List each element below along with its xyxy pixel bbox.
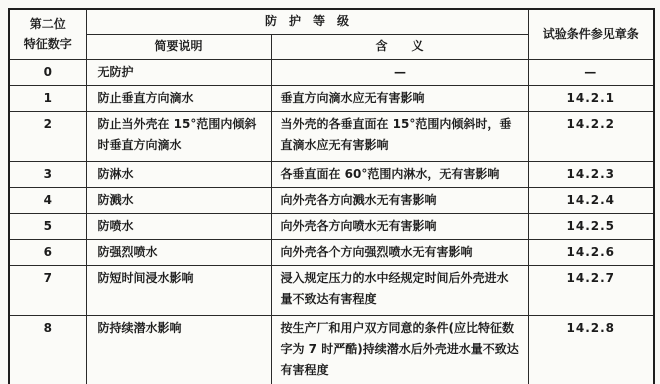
cell-meaning: 向外壳各个方向强烈喷水无有害影响 <box>271 239 528 265</box>
table-row: 8 防持续潜水影响 按生产厂和用户双方同意的条件(应比特征数字为 7 时严酷)持… <box>9 315 654 384</box>
table-row: 1 防止垂直方向滴水 垂直方向滴水应无有害影响 14.2.1 <box>9 85 654 111</box>
cell-digit: 5 <box>9 213 86 239</box>
cell-meaning: 向外壳各方向喷水无有害影响 <box>271 213 528 239</box>
header-test-clause: 试验条件参见章条 <box>528 9 654 59</box>
cell-clause: 14.2.6 <box>528 239 654 265</box>
table-row: 4 防溅水 向外壳各方向溅水无有害影响 14.2.4 <box>9 187 654 213</box>
cell-clause: — <box>528 59 654 85</box>
table-row: 3 防淋水 各垂直面在 60°范围内淋水，无有害影响 14.2.3 <box>9 161 654 187</box>
cell-digit: 1 <box>9 85 86 111</box>
cell-meaning: 按生产厂和用户双方同意的条件(应比特征数字为 7 时严酷)持续潜水后外壳进水量不… <box>271 315 528 384</box>
protection-level-table: 第二位 特征数字 防 护 等 级 试验条件参见章条 简要说明 含 义 0 无防护… <box>8 8 655 384</box>
table-row: 0 无防护 — — <box>9 59 654 85</box>
cell-digit: 3 <box>9 161 86 187</box>
cell-meaning: 当外壳的各垂直面在 15°范围内倾斜时，垂直滴水应无有害影响 <box>271 111 528 161</box>
header-second-digit: 第二位 特征数字 <box>9 9 86 59</box>
header-meaning: 含 义 <box>271 34 528 59</box>
cell-brief: 防止垂直方向滴水 <box>86 85 271 111</box>
cell-meaning: 各垂直面在 60°范围内淋水，无有害影响 <box>271 161 528 187</box>
cell-digit: 4 <box>9 187 86 213</box>
cell-meaning: — <box>271 59 528 85</box>
cell-clause: 14.2.7 <box>528 265 654 315</box>
table-row: 6 防强烈喷水 向外壳各个方向强烈喷水无有害影响 14.2.6 <box>9 239 654 265</box>
cell-brief: 防止当外壳在 15°范围内倾斜时垂直方向滴水 <box>86 111 271 161</box>
cell-digit: 8 <box>9 315 86 384</box>
cell-brief: 防喷水 <box>86 213 271 239</box>
cell-brief: 防短时间浸水影响 <box>86 265 271 315</box>
cell-clause: 14.2.8 <box>528 315 654 384</box>
cell-clause: 14.2.5 <box>528 213 654 239</box>
table-body: 0 无防护 — — 1 防止垂直方向滴水 垂直方向滴水应无有害影响 14.2.1… <box>9 59 654 384</box>
table-row: 5 防喷水 向外壳各方向喷水无有害影响 14.2.5 <box>9 213 654 239</box>
scanned-document-page: 第二位 特征数字 防 护 等 级 试验条件参见章条 简要说明 含 义 0 无防护… <box>0 0 660 384</box>
cell-brief: 防淋水 <box>86 161 271 187</box>
cell-meaning: 垂直方向滴水应无有害影响 <box>271 85 528 111</box>
cell-clause: 14.2.4 <box>528 187 654 213</box>
cell-digit: 2 <box>9 111 86 161</box>
cell-brief: 防持续潜水影响 <box>86 315 271 384</box>
cell-clause: 14.2.3 <box>528 161 654 187</box>
header-row-1: 第二位 特征数字 防 护 等 级 试验条件参见章条 <box>9 9 654 34</box>
cell-clause: 14.2.2 <box>528 111 654 161</box>
cell-digit: 7 <box>9 265 86 315</box>
table-row: 2 防止当外壳在 15°范围内倾斜时垂直方向滴水 当外壳的各垂直面在 15°范围… <box>9 111 654 161</box>
cell-digit: 0 <box>9 59 86 85</box>
cell-brief: 防强烈喷水 <box>86 239 271 265</box>
header-brief-description: 简要说明 <box>86 34 271 59</box>
header-protection-level-group: 防 护 等 级 <box>86 9 528 34</box>
cell-meaning: 向外壳各方向溅水无有害影响 <box>271 187 528 213</box>
cell-clause: 14.2.1 <box>528 85 654 111</box>
table-row: 7 防短时间浸水影响 浸入规定压力的水中经规定时间后外壳进水量不致达有害程度 1… <box>9 265 654 315</box>
cell-brief: 防溅水 <box>86 187 271 213</box>
cell-digit: 6 <box>9 239 86 265</box>
table-header: 第二位 特征数字 防 护 等 级 试验条件参见章条 简要说明 含 义 <box>9 9 654 59</box>
cell-meaning: 浸入规定压力的水中经规定时间后外壳进水量不致达有害程度 <box>271 265 528 315</box>
cell-brief: 无防护 <box>86 59 271 85</box>
